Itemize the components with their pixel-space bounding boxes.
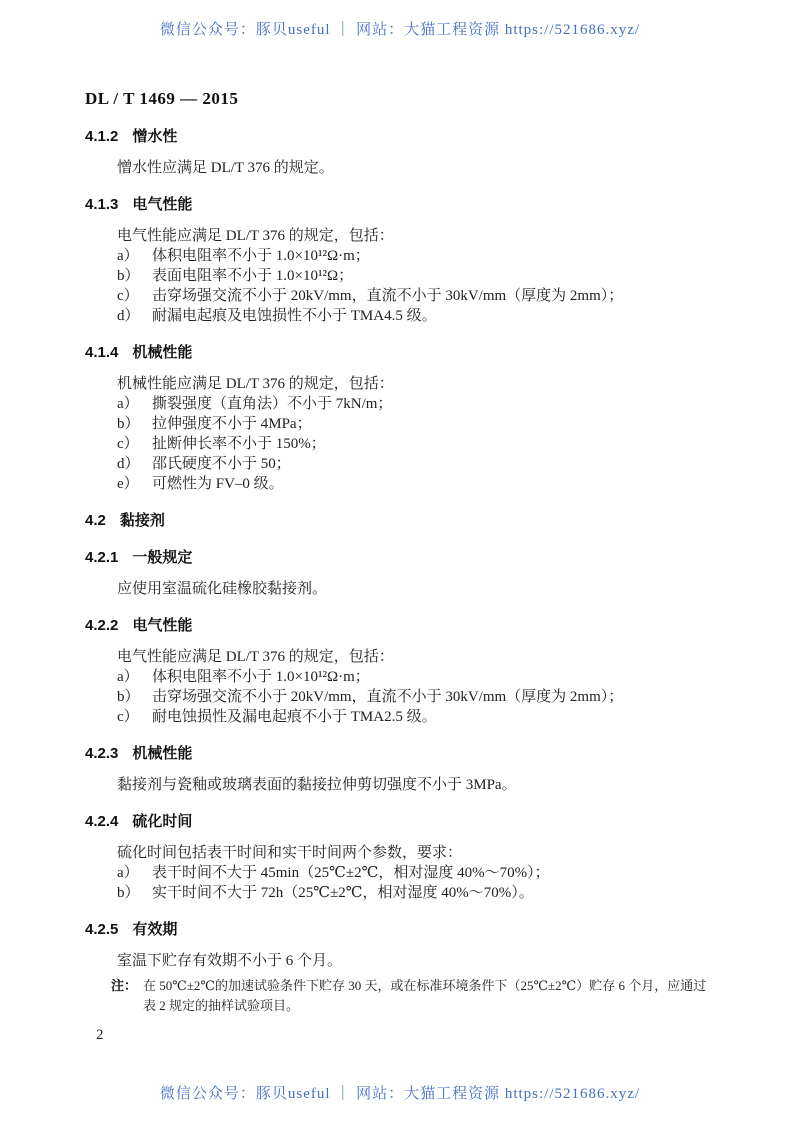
section-heading: 4.2.5有效期 [85, 920, 720, 940]
list: a） 表干时间不大于 45min（25℃±2℃，相对湿度 40%～70%）； b… [85, 863, 720, 903]
list-item-text: 表面电阻率不小于 1.0×10¹²Ω； [152, 266, 720, 286]
list-item: a） 体积电阻率不小于 1.0×10¹²Ω·m； [85, 667, 720, 687]
paragraph: 应使用室温硫化硅橡胶黏接剂。 [85, 579, 720, 599]
section-4-1-3: 4.1.3电气性能 电气性能应满足 DL/T 376 的规定，包括： a） 体积… [85, 195, 720, 326]
list-item-text: 耐漏电起痕及电蚀损性不小于 TMA4.5 级。 [152, 306, 720, 326]
list-item: d） 邵氏硬度不小于 50； [85, 454, 720, 474]
paragraph: 电气性能应满足 DL/T 376 的规定，包括： [85, 226, 720, 246]
section-number: 4.1.4 [85, 344, 118, 361]
note-label: 注： [111, 976, 143, 1016]
paragraph: 黏接剂与瓷釉或玻璃表面的黏接拉伸剪切强度不小于 3MPa。 [85, 775, 720, 795]
list-item: e） 可燃性为 FV–0 级。 [85, 474, 720, 494]
section-title: 憎水性 [132, 128, 177, 145]
section-4-2-3: 4.2.3机械性能 黏接剂与瓷釉或玻璃表面的黏接拉伸剪切强度不小于 3MPa。 [85, 744, 720, 795]
section-number: 4.1.3 [85, 196, 118, 213]
section-number: 4.2.1 [85, 549, 118, 566]
page-content: DL / T 1469 — 2015 4.1.2憎水性 憎水性应满足 DL/T … [0, 0, 800, 1016]
list: a） 体积电阻率不小于 1.0×10¹²Ω·m； b） 击穿场强交流不小于 20… [85, 667, 720, 727]
list-item: c） 扯断伸长率不小于 150%； [85, 434, 720, 454]
list-item: a） 体积电阻率不小于 1.0×10¹²Ω·m； [85, 246, 720, 266]
list-item-text: 体积电阻率不小于 1.0×10¹²Ω·m； [152, 246, 720, 266]
note-text: 在 50℃±2℃的加速试验条件下贮存 30 天，或在标准环境条件下（25℃±2℃… [143, 976, 720, 1016]
list-item-label: d） [117, 306, 152, 326]
section-heading: 4.2.4硫化时间 [85, 812, 720, 832]
paragraph: 室温下贮存有效期不小于 6 个月。 [85, 951, 720, 971]
list-item: a） 撕裂强度（直角法）不小于 7kN/m； [85, 394, 720, 414]
list: a） 撕裂强度（直角法）不小于 7kN/m； b） 拉伸强度不小于 4MPa； … [85, 394, 720, 494]
list-item: d） 耐漏电起痕及电蚀损性不小于 TMA4.5 级。 [85, 306, 720, 326]
section-title: 有效期 [132, 921, 177, 938]
standard-number: DL / T 1469 — 2015 [85, 88, 720, 110]
list-item-text: 表干时间不大于 45min（25℃±2℃，相对湿度 40%～70%）； [152, 863, 720, 883]
list-item-label: c） [117, 707, 152, 727]
list-item-label: c） [117, 286, 152, 306]
list-item-text: 击穿场强交流不小于 20kV/mm，直流不小于 30kV/mm（厚度为 2mm）… [152, 687, 720, 707]
document-page: 微信公众号：豚贝useful ｜ 网站：大猫工程资源 https://52168… [0, 0, 800, 1131]
paragraph: 硫化时间包括表干时间和实干时间两个参数，要求： [85, 843, 720, 863]
section-4-2-4: 4.2.4硫化时间 硫化时间包括表干时间和实干时间两个参数，要求： a） 表干时… [85, 812, 720, 903]
section-heading: 4.2黏接剂 [85, 511, 720, 531]
list-item-label: a） [117, 394, 152, 414]
section-title: 电气性能 [132, 196, 192, 213]
section-heading: 4.1.3电气性能 [85, 195, 720, 215]
list-item-label: b） [117, 266, 152, 286]
paragraph: 电气性能应满足 DL/T 376 的规定，包括： [85, 647, 720, 667]
list-item-text: 可燃性为 FV–0 级。 [152, 474, 720, 494]
section-number: 4.2.4 [85, 813, 118, 830]
section-heading: 4.2.3机械性能 [85, 744, 720, 764]
list: a） 体积电阻率不小于 1.0×10¹²Ω·m； b） 表面电阻率不小于 1.0… [85, 246, 720, 326]
section-title: 机械性能 [132, 745, 192, 762]
list-item: c） 击穿场强交流不小于 20kV/mm，直流不小于 30kV/mm（厚度为 2… [85, 286, 720, 306]
section-number: 4.2.2 [85, 617, 118, 634]
section-number: 4.2.5 [85, 921, 118, 938]
section-4-2: 4.2黏接剂 [85, 511, 720, 531]
section-title: 一般规定 [132, 549, 192, 566]
list-item: b） 拉伸强度不小于 4MPa； [85, 414, 720, 434]
section-number: 4.2 [85, 512, 106, 529]
list-item-text: 实干时间不大于 72h（25℃±2℃，相对湿度 40%～70%）。 [152, 883, 720, 903]
list-item: b） 实干时间不大于 72h（25℃±2℃，相对湿度 40%～70%）。 [85, 883, 720, 903]
list-item: b） 击穿场强交流不小于 20kV/mm，直流不小于 30kV/mm（厚度为 2… [85, 687, 720, 707]
list-item-label: a） [117, 246, 152, 266]
list-item-label: b） [117, 687, 152, 707]
paragraph: 机械性能应满足 DL/T 376 的规定，包括： [85, 374, 720, 394]
list-item-text: 拉伸强度不小于 4MPa； [152, 414, 720, 434]
section-number: 4.2.3 [85, 745, 118, 762]
watermark-footer: 微信公众号：豚贝useful ｜ 网站：大猫工程资源 https://52168… [0, 1082, 800, 1103]
list-item-text: 耐电蚀损性及漏电起痕不小于 TMA2.5 级。 [152, 707, 720, 727]
paragraph: 憎水性应满足 DL/T 376 的规定。 [85, 158, 720, 178]
section-heading: 4.1.4机械性能 [85, 343, 720, 363]
list-item-text: 击穿场强交流不小于 20kV/mm，直流不小于 30kV/mm（厚度为 2mm）… [152, 286, 720, 306]
list-item-text: 扯断伸长率不小于 150%； [152, 434, 720, 454]
section-heading: 4.1.2憎水性 [85, 127, 720, 147]
section-title: 硫化时间 [132, 813, 192, 830]
list-item-label: b） [117, 414, 152, 434]
list-item-text: 撕裂强度（直角法）不小于 7kN/m； [152, 394, 720, 414]
page-number: 2 [96, 1027, 104, 1044]
section-title: 黏接剂 [120, 512, 165, 529]
list-item-label: a） [117, 863, 152, 883]
section-heading: 4.2.2电气性能 [85, 616, 720, 636]
watermark-header: 微信公众号：豚贝useful ｜ 网站：大猫工程资源 https://52168… [0, 18, 800, 39]
section-title: 电气性能 [132, 617, 192, 634]
list-item-text: 邵氏硬度不小于 50； [152, 454, 720, 474]
list-item: a） 表干时间不大于 45min（25℃±2℃，相对湿度 40%～70%）； [85, 863, 720, 883]
section-4-2-5: 4.2.5有效期 室温下贮存有效期不小于 6 个月。 注： 在 50℃±2℃的加… [85, 920, 720, 1016]
section-title: 机械性能 [132, 344, 192, 361]
section-heading: 4.2.1一般规定 [85, 548, 720, 568]
list-item-label: b） [117, 883, 152, 903]
section-number: 4.1.2 [85, 128, 118, 145]
list-item-label: d） [117, 454, 152, 474]
list-item: c） 耐电蚀损性及漏电起痕不小于 TMA2.5 级。 [85, 707, 720, 727]
section-4-2-2: 4.2.2电气性能 电气性能应满足 DL/T 376 的规定，包括： a） 体积… [85, 616, 720, 727]
note: 注： 在 50℃±2℃的加速试验条件下贮存 30 天，或在标准环境条件下（25℃… [85, 976, 720, 1016]
list-item-label: c） [117, 434, 152, 454]
list-item-label: e） [117, 474, 152, 494]
section-4-1-4: 4.1.4机械性能 机械性能应满足 DL/T 376 的规定，包括： a） 撕裂… [85, 343, 720, 494]
section-4-1-2: 4.1.2憎水性 憎水性应满足 DL/T 376 的规定。 [85, 127, 720, 178]
section-4-2-1: 4.2.1一般规定 应使用室温硫化硅橡胶黏接剂。 [85, 548, 720, 599]
list-item-label: a） [117, 667, 152, 687]
list-item: b） 表面电阻率不小于 1.0×10¹²Ω； [85, 266, 720, 286]
list-item-text: 体积电阻率不小于 1.0×10¹²Ω·m； [152, 667, 720, 687]
